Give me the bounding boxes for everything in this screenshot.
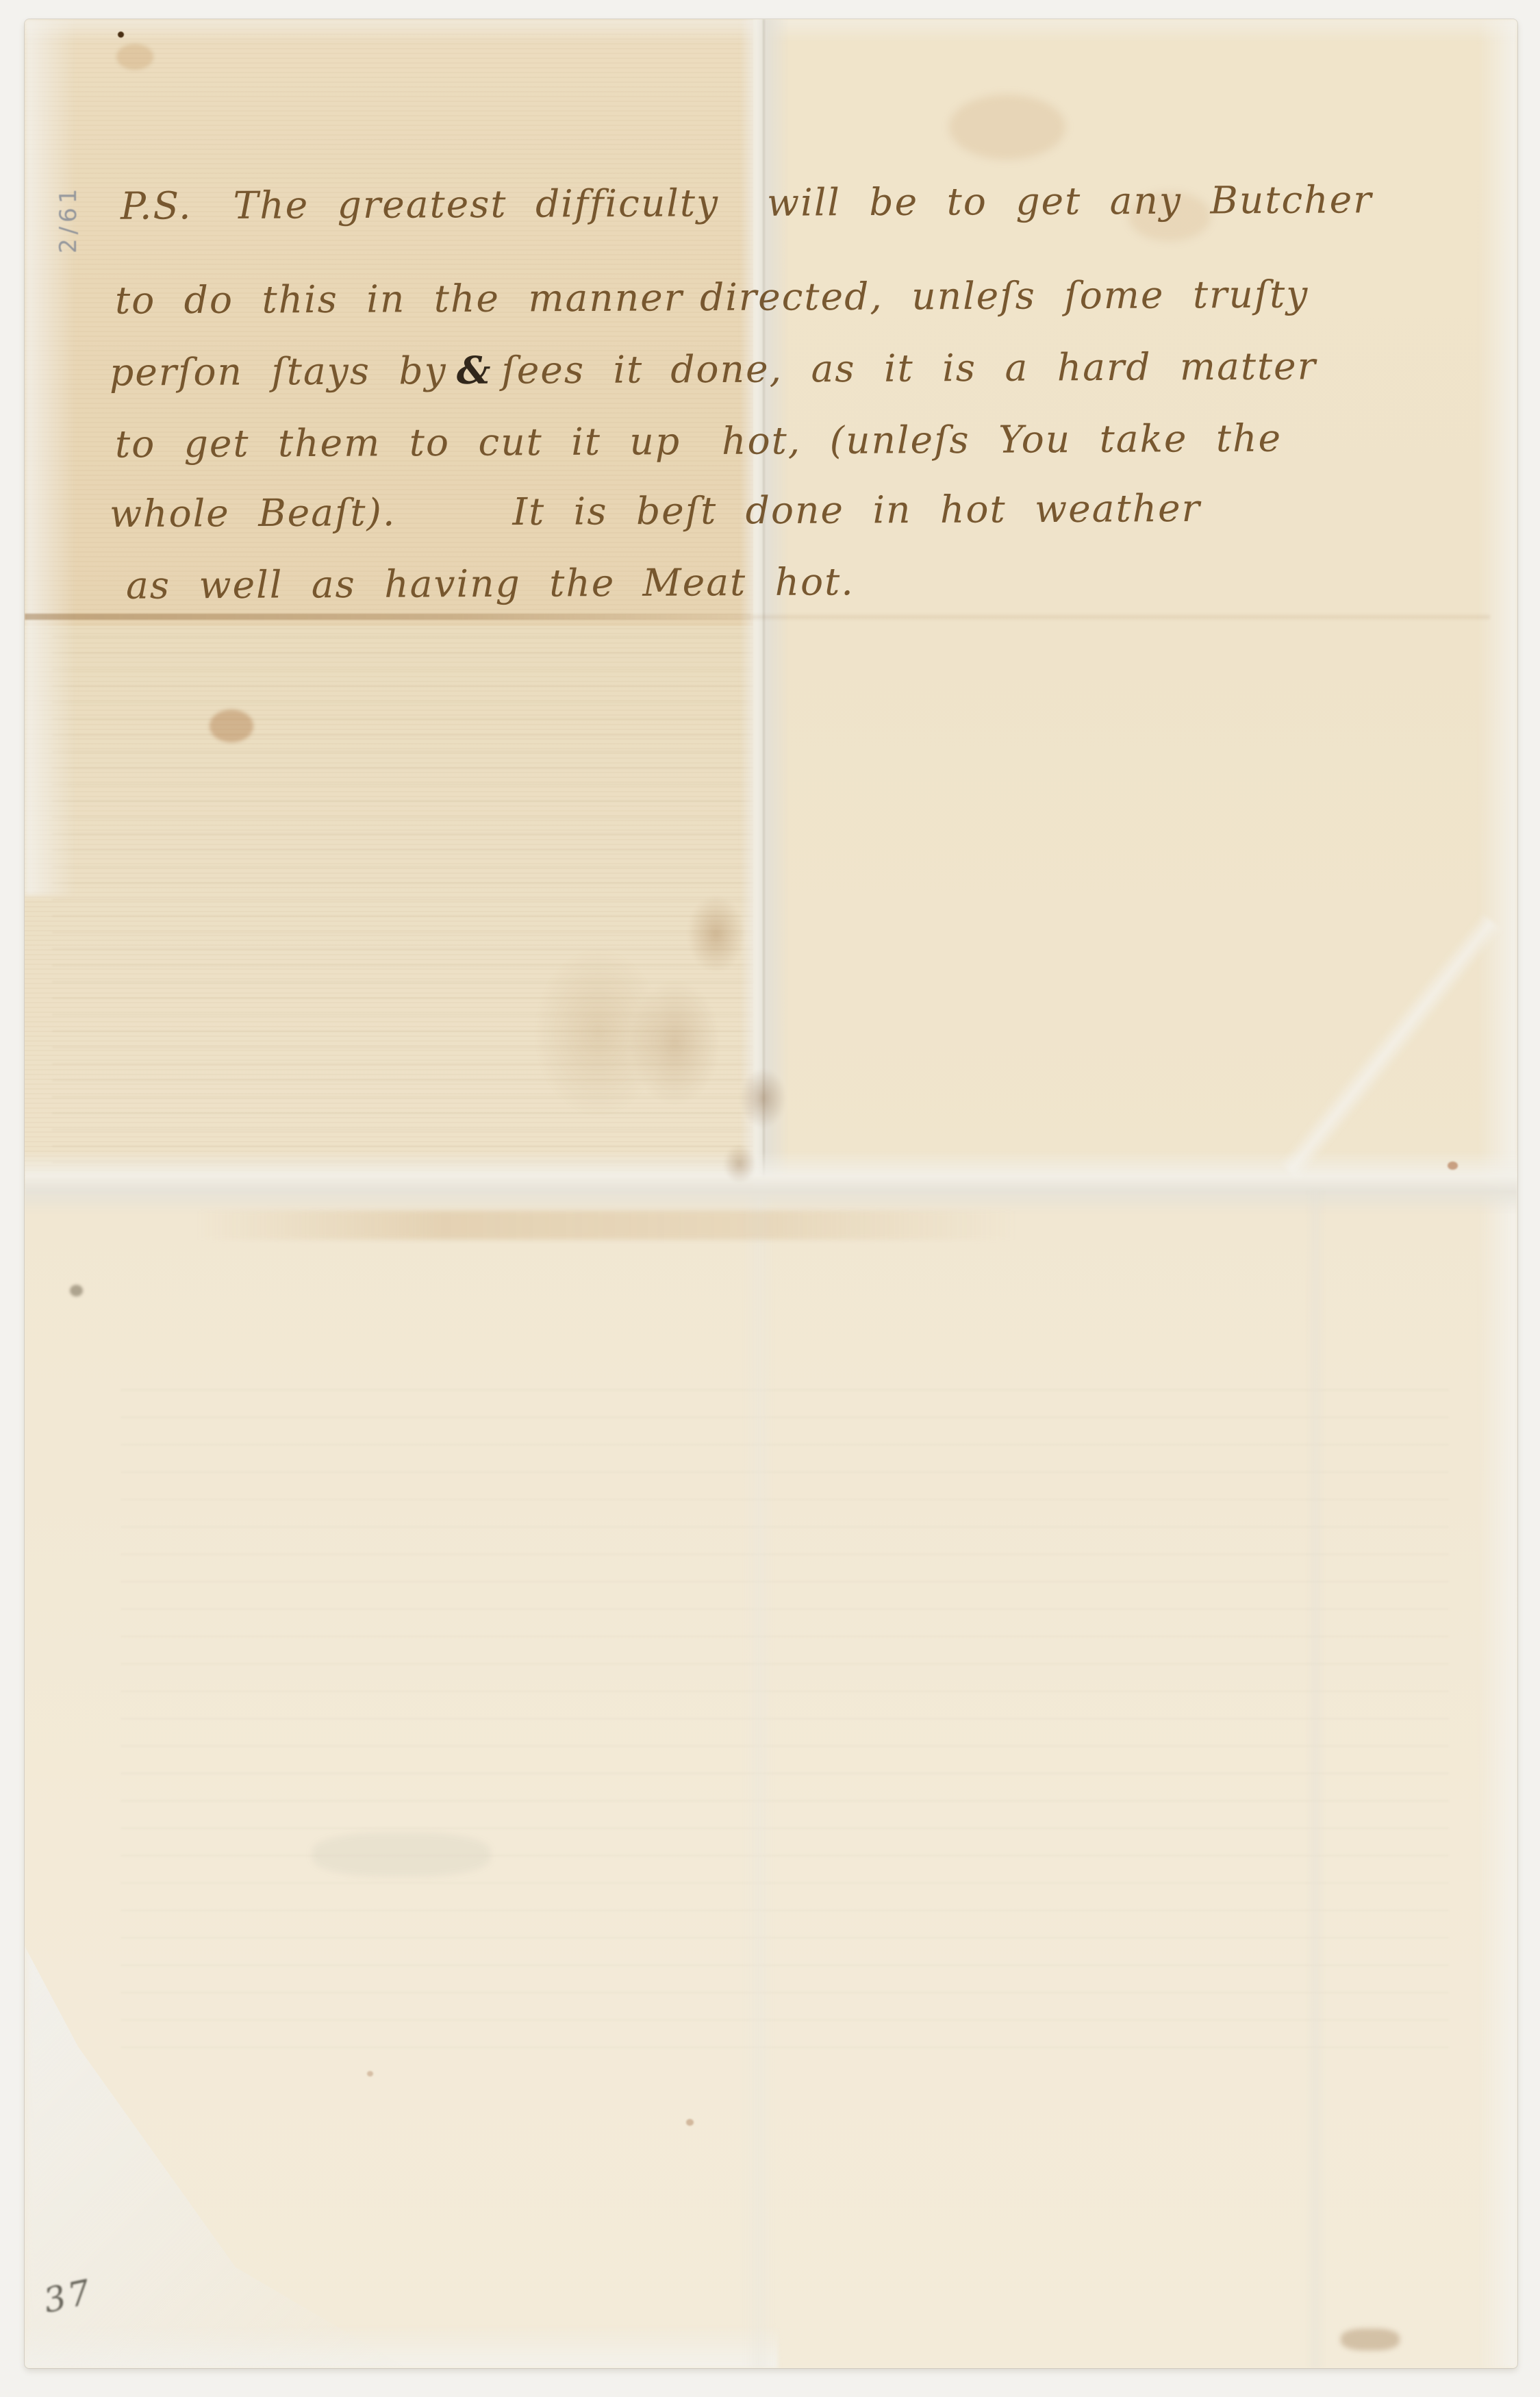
handwriting-segment: It is beſt done in hot weather xyxy=(512,485,1201,536)
handwriting-segment: ſees it xyxy=(501,347,643,394)
handwriting-segment: to get them to cut it up xyxy=(115,418,681,468)
handwriting-segment: P.S. xyxy=(121,182,192,229)
handwriting-line: to get them to cut it up hot, (unleſs Yo… xyxy=(115,415,1282,468)
foxing-spot xyxy=(1448,1162,1458,1170)
handwriting-segment: The greatest difficulty xyxy=(233,179,719,229)
fold-crease-vertical-lower xyxy=(744,1177,774,2368)
pencil-inscription-top-left: 2/61 xyxy=(55,62,82,253)
photograph-mount: P.S. The greatest difficulty will be to … xyxy=(0,0,1540,2397)
handwriting-segment: perſon ſtays by xyxy=(110,347,447,396)
foxing-spot xyxy=(70,1285,83,1296)
postscript-text-block: P.S. The greatest difficulty will be to … xyxy=(25,19,1517,677)
handwriting-segment: directed, unleſs ſome truſty xyxy=(700,271,1309,321)
handwriting-segment: whole Beaſt). xyxy=(110,489,396,538)
handwriting-line: to do this in the manner directed, unleſ… xyxy=(115,271,1309,324)
handwriting-line: P.S. The greatest difficulty will be to … xyxy=(121,176,1373,229)
foxing-spot xyxy=(367,2071,373,2076)
handwriting-segment: to do this in the manner xyxy=(115,274,683,324)
showthrough-mark xyxy=(312,1833,490,1877)
handwriting-segment-ampersand: & xyxy=(457,347,492,394)
handwriting-segment: will be to get any Butcher xyxy=(767,176,1373,226)
handwriting-line: whole Beaſt). It is beſt done in hot wea… xyxy=(110,485,1201,538)
handwriting-line: as well as having the Meat hot. xyxy=(126,558,855,609)
handwriting-line: perſon ſtays by & ſees it done, as it is… xyxy=(110,342,1317,396)
foxing-spot xyxy=(686,2119,694,2126)
stain xyxy=(1341,2329,1400,2350)
crease-vertical-lower-right xyxy=(1307,1189,1324,2368)
handwriting-segment: as well as having the xyxy=(126,560,616,609)
letter-page: P.S. The greatest difficulty will be to … xyxy=(25,19,1517,2368)
handwriting-segment: Meat hot. xyxy=(642,558,855,606)
stain-mottle-center xyxy=(504,862,798,1190)
showthrough-text-rows-faint xyxy=(121,1389,1449,2074)
handwriting-segment: hot, (unleſs You take the xyxy=(722,415,1282,465)
fold-crease-horizontal-stain xyxy=(196,1211,1018,1240)
handwriting-segment: done, as it is a hard matter xyxy=(670,342,1317,393)
stain xyxy=(210,710,253,742)
